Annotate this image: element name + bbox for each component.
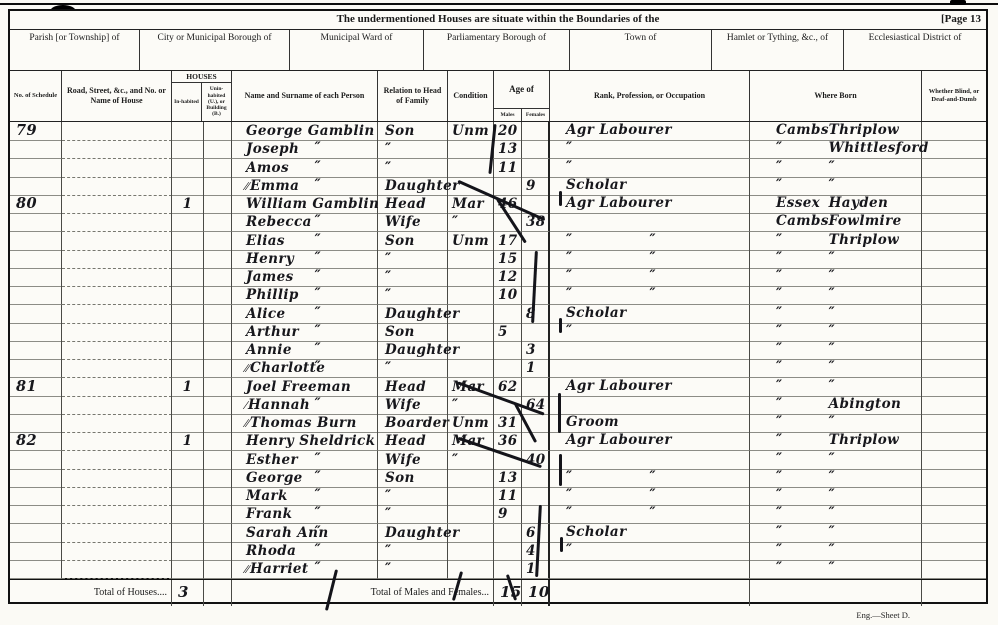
occupation-cell: Agr Labourer <box>550 195 750 214</box>
form-title: The undermentioned Houses are situate wi… <box>10 13 986 25</box>
condition-cell <box>448 524 494 543</box>
infirmity-cell <box>922 286 986 305</box>
name-cell: Arthur″ <box>232 323 378 342</box>
uninhabited-cell <box>204 177 232 196</box>
relation-cell: Daughter <box>378 341 448 360</box>
inhabited-cell <box>172 232 204 251</box>
relation-cell: Son <box>378 122 448 141</box>
table-row: Alice″ Daughter 8 Scholar ″″ <box>10 305 986 323</box>
table-row: Frank″ ″ 9 ″″ ″″ <box>10 505 986 523</box>
condition-cell: ″ <box>448 213 494 232</box>
totals-blank <box>550 580 750 606</box>
ink-stroke <box>559 454 562 486</box>
road-cell <box>62 359 172 378</box>
road-cell <box>62 195 172 214</box>
inhabited-cell <box>172 341 204 360</box>
schedule-cell <box>10 469 62 488</box>
infirmity-cell <box>922 140 986 159</box>
location-header-city: City or Municipal Borough of <box>140 30 290 70</box>
sheet-label: Eng.—Sheet D. <box>856 610 910 620</box>
name-cell: Joseph″ <box>232 140 378 159</box>
name-cell: ∕∕Harriet″ <box>232 560 378 579</box>
infirmity-cell <box>922 323 986 342</box>
occupation-cell: Scholar <box>550 305 750 324</box>
birthplace-cell: ″″ <box>750 159 922 178</box>
header-occupation: Rank, Profession, or Occupation <box>550 71 750 121</box>
infirmity-cell <box>922 213 986 232</box>
header-males: Males <box>494 109 522 121</box>
uninhabited-cell <box>204 469 232 488</box>
uninhabited-cell <box>204 195 232 214</box>
relation-cell: ″ <box>378 359 448 378</box>
relation-cell: Wife <box>378 213 448 232</box>
road-cell <box>62 159 172 178</box>
occupation-cell <box>550 451 750 470</box>
uninhabited-cell <box>204 232 232 251</box>
inhabited-cell <box>172 487 204 506</box>
occupation-cell: ″ <box>550 542 750 561</box>
uninhabited-cell <box>204 560 232 579</box>
birthplace-cell: ″″ <box>750 487 922 506</box>
name-cell: William Gamblin <box>232 195 378 214</box>
road-cell <box>62 414 172 433</box>
age-male-cell: 62 <box>494 378 522 397</box>
condition-cell <box>448 323 494 342</box>
occupation-cell <box>550 359 750 378</box>
schedule-cell <box>10 542 62 561</box>
schedule-cell <box>10 159 62 178</box>
age-female-cell <box>522 323 550 342</box>
age-male-cell: 13 <box>494 140 522 159</box>
relation-cell: Daughter <box>378 177 448 196</box>
uninhabited-cell <box>204 432 232 451</box>
inhabited-cell <box>172 451 204 470</box>
name-cell: Henry″ <box>232 250 378 269</box>
age-male-cell <box>494 341 522 360</box>
header-inhabited: In-habited <box>172 83 202 121</box>
birthplace-cell: ″″ <box>750 177 922 196</box>
relation-cell: ″ <box>378 542 448 561</box>
name-cell: ∕∕Emma″ <box>232 177 378 196</box>
scan-artifact <box>950 0 966 5</box>
road-cell <box>62 177 172 196</box>
location-header-ward: Municipal Ward of <box>290 30 424 70</box>
condition-cell <box>448 560 494 579</box>
table-row: 79 George Gamblin Son Unm 20 Agr Laboure… <box>10 122 986 140</box>
relation-cell: ″ <box>378 140 448 159</box>
name-cell: Rhoda″ <box>232 542 378 561</box>
schedule-cell <box>10 451 62 470</box>
schedule-cell <box>10 560 62 579</box>
table-row: ∕∕Charlotte″ ″ 1 ″″ <box>10 359 986 377</box>
infirmity-cell <box>922 560 986 579</box>
age-male-cell <box>494 359 522 378</box>
uninhabited-cell <box>204 250 232 269</box>
table-row: 81 1 Joel Freeman Head Mar 62 Agr Labour… <box>10 378 986 396</box>
age-female-cell <box>522 505 550 524</box>
infirmity-cell <box>922 542 986 561</box>
age-female-cell: 6 <box>522 524 550 543</box>
age-male-cell: 9 <box>494 505 522 524</box>
total-females-value: 10 <box>522 580 550 606</box>
uninhabited-cell <box>204 505 232 524</box>
inhabited-cell: 1 <box>172 432 204 451</box>
totals-blank <box>922 580 986 606</box>
occupation-cell: ″″ <box>550 268 750 287</box>
birthplace-cell: ″″ <box>750 505 922 524</box>
table-row: George″ Son 13 ″″ ″″ <box>10 469 986 487</box>
top-rule <box>0 3 998 5</box>
header-schedule: No. of Schedule <box>10 71 62 121</box>
name-cell: ∕∕Thomas Burn <box>232 414 378 433</box>
location-header-parliamentary: Parliamentary Borough of <box>424 30 570 70</box>
uninhabited-cell <box>204 286 232 305</box>
infirmity-cell <box>922 305 986 324</box>
birthplace-cell: ″″ <box>750 524 922 543</box>
road-cell <box>62 268 172 287</box>
schedule-cell <box>10 505 62 524</box>
relation-cell: Boarder <box>378 414 448 433</box>
header-condition: Condition <box>448 71 494 121</box>
age-male-cell: 12 <box>494 268 522 287</box>
condition-cell <box>448 505 494 524</box>
occupation-cell: ″″ <box>550 505 750 524</box>
name-cell: Amos″ <box>232 159 378 178</box>
relation-cell: Head <box>378 378 448 397</box>
uninhabited-cell <box>204 542 232 561</box>
birthplace-cell: ″″ <box>750 378 922 397</box>
infirmity-cell <box>922 487 986 506</box>
occupation-cell: Agr Labourer <box>550 432 750 451</box>
age-female-cell <box>522 140 550 159</box>
table-row: ∕∕Thomas Burn Boarder Unm 31 Groom ″″ <box>10 414 986 432</box>
infirmity-cell <box>922 451 986 470</box>
age-male-cell: 36 <box>494 432 522 451</box>
infirmity-cell <box>922 250 986 269</box>
age-female-cell <box>522 286 550 305</box>
condition-cell <box>448 268 494 287</box>
infirmity-cell <box>922 378 986 397</box>
age-male-cell <box>494 542 522 561</box>
road-cell <box>62 451 172 470</box>
infirmity-cell <box>922 505 986 524</box>
infirmity-cell <box>922 268 986 287</box>
header-road: Road, Street, &c., and No. or Name of Ho… <box>62 71 172 121</box>
occupation-cell: ″ <box>550 140 750 159</box>
header-blind: Whether Blind, or Deaf-and-Dumb <box>922 71 986 121</box>
occupation-cell: ″″ <box>550 232 750 251</box>
infirmity-cell <box>922 341 986 360</box>
name-cell: Esther″ <box>232 451 378 470</box>
name-cell: Sarah Ann″ <box>232 524 378 543</box>
schedule-cell <box>10 487 62 506</box>
schedule-cell: 79 <box>10 122 62 141</box>
condition-cell: Unm <box>448 232 494 251</box>
schedule-cell <box>10 250 62 269</box>
table-body: 79 George Gamblin Son Unm 20 Agr Laboure… <box>10 122 986 578</box>
birthplace-cell: ″″ <box>750 323 922 342</box>
relation-cell: ″ <box>378 560 448 579</box>
table-row: Annie″ Daughter 3 ″″ <box>10 341 986 359</box>
uninhabited-cell <box>204 451 232 470</box>
occupation-cell: ″″ <box>550 469 750 488</box>
schedule-cell <box>10 305 62 324</box>
occupation-cell: ″ <box>550 159 750 178</box>
road-cell <box>62 232 172 251</box>
condition-cell <box>448 469 494 488</box>
age-male-cell: 31 <box>494 414 522 433</box>
road-cell <box>62 140 172 159</box>
uninhabited-cell <box>204 122 232 141</box>
ink-stroke <box>560 537 563 552</box>
inhabited-cell: 1 <box>172 195 204 214</box>
name-cell: Elias″ <box>232 232 378 251</box>
occupation-cell <box>550 560 750 579</box>
schedule-cell <box>10 286 62 305</box>
name-cell: ∕∕Charlotte″ <box>232 359 378 378</box>
schedule-cell <box>10 524 62 543</box>
age-female-cell <box>522 469 550 488</box>
relation-cell: ″ <box>378 250 448 269</box>
ink-stroke <box>559 318 562 333</box>
birthplace-cell: ″″ <box>750 268 922 287</box>
location-header-hamlet: Hamlet or Tything, &c., of <box>712 30 844 70</box>
schedule-cell <box>10 396 62 415</box>
name-cell: Henry Sheldrick <box>232 432 378 451</box>
age-female-cell <box>522 159 550 178</box>
name-cell: George Gamblin <box>232 122 378 141</box>
uninhabited-cell <box>204 378 232 397</box>
schedule-cell <box>10 341 62 360</box>
header-females: Females <box>522 109 549 121</box>
condition-cell <box>448 542 494 561</box>
total-houses-value: 3 <box>172 580 204 606</box>
name-cell: Alice″ <box>232 305 378 324</box>
road-cell <box>62 487 172 506</box>
relation-cell: ″ <box>378 505 448 524</box>
condition-cell <box>448 487 494 506</box>
header-houses: HOUSES <box>172 71 231 83</box>
infirmity-cell <box>922 359 986 378</box>
road-cell <box>62 542 172 561</box>
header-age-group: Age of Males Females <box>494 71 550 121</box>
inhabited-cell <box>172 505 204 524</box>
totals-row: Total of Houses.... 3 Total of Males and… <box>10 578 986 606</box>
table-row: Esther″ Wife ″ 40 ″″ <box>10 451 986 469</box>
location-header-parish: Parish [or Township] of <box>10 30 140 70</box>
name-cell: Frank″ <box>232 505 378 524</box>
road-cell <box>62 378 172 397</box>
uninhabited-cell <box>204 487 232 506</box>
birthplace-cell: ″″ <box>750 250 922 269</box>
condition-cell <box>448 250 494 269</box>
occupation-cell: ″″ <box>550 250 750 269</box>
schedule-cell: 82 <box>10 432 62 451</box>
age-female-cell <box>522 378 550 397</box>
relation-cell: ″ <box>378 159 448 178</box>
road-cell <box>62 323 172 342</box>
uninhabited-cell <box>204 414 232 433</box>
table-row: Amos″ ″ 11 ″ ″″ <box>10 159 986 177</box>
schedule-cell <box>10 359 62 378</box>
name-cell: James″ <box>232 268 378 287</box>
road-cell <box>62 469 172 488</box>
relation-cell: Head <box>378 432 448 451</box>
inhabited-cell <box>172 542 204 561</box>
condition-cell: Unm <box>448 122 494 141</box>
birthplace-cell: ″″ <box>750 341 922 360</box>
name-cell: George″ <box>232 469 378 488</box>
age-male-cell <box>494 305 522 324</box>
name-cell: ∕Hannah″ <box>232 396 378 415</box>
occupation-cell: Scholar <box>550 524 750 543</box>
infirmity-cell <box>922 524 986 543</box>
age-male-cell: 11 <box>494 159 522 178</box>
road-cell <box>62 524 172 543</box>
schedule-cell <box>10 213 62 232</box>
header-uninhabited: Unin-habited (U.), or Building (B.) <box>202 83 231 121</box>
relation-cell: Daughter <box>378 524 448 543</box>
relation-cell: Wife <box>378 451 448 470</box>
name-cell: Rebecca″ <box>232 213 378 232</box>
table-row: James″ ″ 12 ″″ ″″ <box>10 268 986 286</box>
relation-cell: Daughter <box>378 305 448 324</box>
relation-cell: Son <box>378 469 448 488</box>
ink-stroke <box>558 393 561 433</box>
occupation-cell: Scholar <box>550 177 750 196</box>
census-page: The undermentioned Houses are situate wi… <box>0 0 998 625</box>
age-male-cell: 20 <box>494 122 522 141</box>
inhabited-cell <box>172 414 204 433</box>
birthplace-cell: ″″ <box>750 359 922 378</box>
road-cell <box>62 341 172 360</box>
uninhabited-cell <box>204 140 232 159</box>
relation-cell: Wife <box>378 396 448 415</box>
totals-spacer <box>204 580 232 606</box>
header-age: Age of <box>494 71 549 108</box>
location-header-town: Town of <box>570 30 712 70</box>
road-cell <box>62 560 172 579</box>
road-cell <box>62 213 172 232</box>
infirmity-cell <box>922 159 986 178</box>
schedule-cell <box>10 414 62 433</box>
road-cell <box>62 396 172 415</box>
condition-cell <box>448 359 494 378</box>
inhabited-cell <box>172 359 204 378</box>
inhabited-cell <box>172 524 204 543</box>
road-cell <box>62 432 172 451</box>
occupation-cell: Agr Labourer <box>550 122 750 141</box>
uninhabited-cell <box>204 305 232 324</box>
column-header-row: No. of Schedule Road, Street, &c., and N… <box>10 71 986 122</box>
infirmity-cell <box>922 469 986 488</box>
infirmity-cell <box>922 122 986 141</box>
birthplace-cell: ″″ <box>750 542 922 561</box>
header-name: Name and Surname of each Person <box>232 71 378 121</box>
age-female-cell: 9 <box>522 177 550 196</box>
birthplace-cell: ″″ <box>750 286 922 305</box>
schedule-cell <box>10 268 62 287</box>
schedule-cell: 81 <box>10 378 62 397</box>
birthplace-cell: ″Thriplow <box>750 232 922 251</box>
ink-stroke <box>559 191 562 206</box>
name-cell: Joel Freeman <box>232 378 378 397</box>
table-row: Sarah Ann″ Daughter 6 Scholar ″″ <box>10 524 986 542</box>
relation-cell: Son <box>378 232 448 251</box>
road-cell <box>62 505 172 524</box>
infirmity-cell <box>922 195 986 214</box>
uninhabited-cell <box>204 359 232 378</box>
uninhabited-cell <box>204 396 232 415</box>
uninhabited-cell <box>204 159 232 178</box>
uninhabited-cell <box>204 268 232 287</box>
occupation-cell: Groom <box>550 414 750 433</box>
schedule-cell <box>10 177 62 196</box>
location-header-row: Parish [or Township] of City or Municipa… <box>10 30 986 71</box>
location-header-ecclesiastical: Ecclesiastical District of <box>844 30 986 70</box>
inhabited-cell <box>172 323 204 342</box>
form-title-row: The undermentioned Houses are situate wi… <box>10 11 986 30</box>
relation-cell: Son <box>378 323 448 342</box>
schedule-cell <box>10 140 62 159</box>
occupation-cell: ″″ <box>550 286 750 305</box>
name-cell: Annie″ <box>232 341 378 360</box>
age-female-cell <box>522 487 550 506</box>
occupation-cell: ″″ <box>550 487 750 506</box>
condition-cell: Unm <box>448 414 494 433</box>
relation-cell: ″ <box>378 268 448 287</box>
totals-blank <box>750 580 922 606</box>
birthplace-cell: ″″ <box>750 414 922 433</box>
inhabited-cell <box>172 268 204 287</box>
condition-cell <box>448 140 494 159</box>
table-row: Rhoda″ ″ 4 ″ ″″ <box>10 542 986 560</box>
occupation-cell <box>550 396 750 415</box>
infirmity-cell <box>922 232 986 251</box>
infirmity-cell <box>922 177 986 196</box>
inhabited-cell <box>172 286 204 305</box>
name-cell: Mark″ <box>232 487 378 506</box>
age-female-cell: 3 <box>522 341 550 360</box>
inhabited-cell <box>172 396 204 415</box>
condition-cell: ″ <box>448 396 494 415</box>
table-row: Mark″ ″ 11 ″″ ″″ <box>10 487 986 505</box>
total-houses-label: Total of Houses.... <box>10 580 172 606</box>
condition-cell <box>448 286 494 305</box>
road-cell <box>62 250 172 269</box>
age-male-cell <box>494 524 522 543</box>
schedule-cell: 80 <box>10 195 62 214</box>
occupation-cell <box>550 341 750 360</box>
occupation-cell: Agr Labourer <box>550 378 750 397</box>
birthplace-cell: ″″ <box>750 305 922 324</box>
age-male-cell: 10 <box>494 286 522 305</box>
inhabited-cell <box>172 140 204 159</box>
inhabited-cell <box>172 159 204 178</box>
table-row: 82 1 Henry Sheldrick Head Mar 36 Agr Lab… <box>10 432 986 450</box>
birthplace-cell: ″″ <box>750 560 922 579</box>
occupation-cell <box>550 213 750 232</box>
condition-cell: Mar <box>448 195 494 214</box>
schedule-cell <box>10 232 62 251</box>
age-female-cell <box>522 122 550 141</box>
name-cell: Phillip″ <box>232 286 378 305</box>
table-row: ∕∕Emma″ Daughter 9 Scholar ″″ <box>10 177 986 195</box>
table-row: Rebecca″ Wife ″ 38 CambsFowlmire <box>10 213 986 231</box>
inhabited-cell: 1 <box>172 378 204 397</box>
condition-cell: ″ <box>448 451 494 470</box>
age-male-cell: 15 <box>494 250 522 269</box>
